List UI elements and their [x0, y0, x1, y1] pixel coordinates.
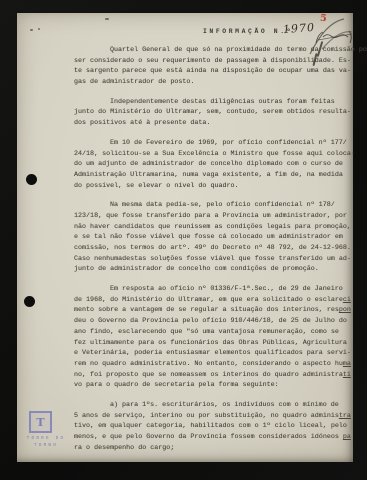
paper-sheet: INFORMAÇÃO N.º 1970 5 Quartel General de…	[17, 13, 353, 462]
text-line: dos positivos até à presente data.	[74, 118, 354, 129]
text-line: junto do Ministério do Ultramar, sem, co…	[74, 107, 354, 118]
text-line: 24/18, solicitou-se a Sua Excelência o M…	[74, 149, 354, 160]
text-line: te sargento parece que está ainda na dis…	[74, 66, 354, 77]
text-line: Em 10 de Fevereiro de 1969, por ofício c…	[74, 138, 354, 149]
text-line: Administração Ultramarina, numa vaga exi…	[74, 170, 354, 181]
text-line: Caso nenhumadestas soluções fosse viável…	[74, 254, 354, 265]
text-line: não haver candidatos que reunissem as co…	[74, 222, 354, 233]
text-line: Quartel General de que só na proximidade…	[74, 45, 354, 56]
text-line: do um adjunto de administrador de concel…	[74, 159, 354, 170]
stamp-emblem-box: T	[29, 411, 52, 433]
text-line: 123/18, que fosse transferido para a Pro…	[74, 211, 354, 222]
scan-speck	[105, 18, 109, 20]
text-line: de 1968, do Ministério do Ultramar, em q…	[74, 295, 354, 306]
text-line: menos, e que pelo Governo da Província f…	[74, 432, 354, 443]
text-line: a) para 1ºs. escriturários, os indivíduo…	[74, 400, 354, 411]
text-line: ra o desempenho do cargo;	[74, 443, 354, 454]
paragraph: Na mesma data pedia-se, pelo ofício conf…	[74, 200, 354, 275]
scan-speck	[30, 29, 33, 31]
text-line: rem no quadro administrativo. No entanto…	[74, 359, 354, 370]
hole-punch-top	[26, 174, 37, 185]
text-line: vo para o quadro de secretaria pela form…	[74, 380, 354, 391]
text-line: no, foi proposto que se nomeassem os int…	[74, 370, 354, 381]
text-line: Em resposta ao ofício nº 01336/F-1ª.Sec.…	[74, 284, 354, 295]
hole-punch-bottom	[24, 296, 35, 307]
text-line: do possível, se elevar o nível do quadro…	[74, 181, 354, 192]
text-line: fez ultimamente para os funcionários das…	[74, 338, 354, 349]
paragraph: Independentemente destas diligências out…	[74, 97, 354, 129]
stamp-letter: T	[36, 416, 44, 429]
text-line: tivo, em qualquer categoria, habilitados…	[74, 421, 354, 432]
text-line: comissão, nos termos do artº. 49º do Dec…	[74, 243, 354, 254]
scan-speck	[38, 28, 40, 30]
text-line: e Veterinária, poderia entusiasmar eleme…	[74, 348, 354, 359]
paragraph: a) para 1ºs. escriturários, os indivíduo…	[74, 400, 354, 453]
scanned-document-page: INFORMAÇÃO N.º 1970 5 Quartel General de…	[0, 0, 367, 480]
text-line: ano findo, esclarecendo que "só uma vant…	[74, 327, 354, 338]
text-line: Na mesma data pedia-se, pelo ofício conf…	[74, 200, 354, 211]
text-line: deu o Governo da Província pelo ofício 9…	[74, 316, 354, 327]
paragraph: Em resposta ao ofício nº 01336/F-1ª.Sec.…	[74, 284, 354, 391]
stamp-text-line2: TOMBO	[17, 443, 75, 448]
text-line: gas de administrador de posto.	[74, 77, 354, 88]
document-body: Quartel General de que só na proximidade…	[74, 45, 354, 462]
text-line: Independentemente destas diligências out…	[74, 97, 354, 108]
stamp-text-line1: TORRE DO	[17, 436, 75, 441]
text-line: mento sobre a vantagem de se regular a s…	[74, 305, 354, 316]
paragraph: Quartel General de que só na proximidade…	[74, 45, 354, 88]
text-line: junto de administrador de concelho com c…	[74, 264, 354, 275]
paragraph: Em 10 de Fevereiro de 1969, por ofício c…	[74, 138, 354, 191]
text-line: e se tal não fosse viável que fosse cá c…	[74, 232, 354, 243]
scan-speck	[167, 256, 169, 258]
text-line: 5 anos de serviço, interino ou por subst…	[74, 411, 354, 422]
